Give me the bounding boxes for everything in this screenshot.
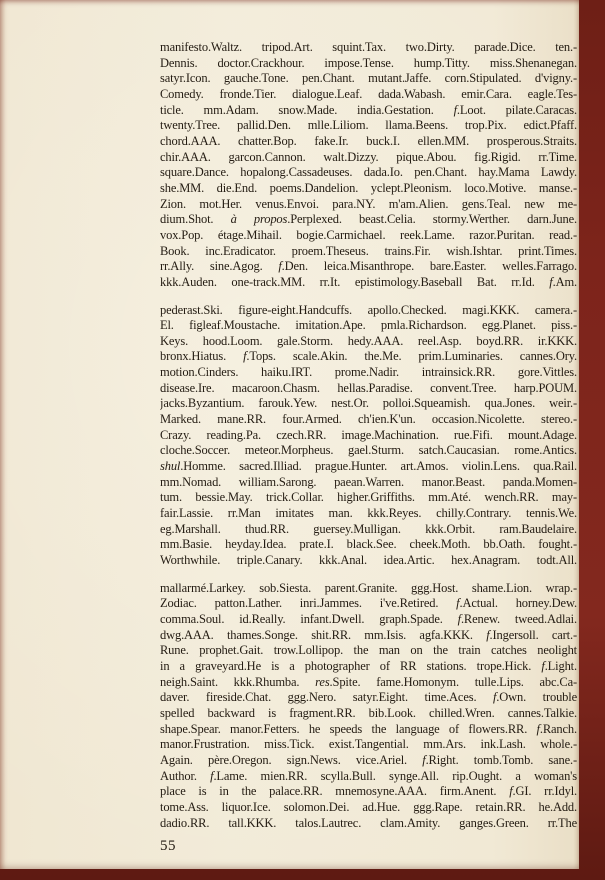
text-line: Worthwhile. triple.Canary. kkk.Anal. ide… bbox=[160, 553, 577, 569]
text-line: jacks.Byzantium. farouk.Yew. nest.Or. po… bbox=[160, 396, 577, 412]
text-line: dadio.RR. tall.KKK. talos.Lautrec. clam.… bbox=[160, 816, 577, 832]
text-line: dium.Shot. à propos.Perplexed. beast.Cel… bbox=[160, 212, 577, 228]
text-line: tum. bessie.May. trick.Collar. higher.Gr… bbox=[160, 490, 577, 506]
page-number: 55 bbox=[160, 838, 176, 855]
text-line: Zion. mot.Her. venus.Envoi. para.NY. m'a… bbox=[160, 197, 577, 213]
text-line: Rune. prophet.Gait. trow.Lollipop. the m… bbox=[160, 643, 577, 659]
text-line: rr.Ally. sine.Agog. f.Den. leica.Misanth… bbox=[160, 259, 577, 275]
text-line: shul.Homme. sacred.Illiad. prague.Hunter… bbox=[160, 459, 577, 475]
text-line: eg.Marshall. thud.RR. guersey.Mulligan. … bbox=[160, 522, 577, 538]
text-line: cloche.Soccer. meteor.Morpheus. gael.Stu… bbox=[160, 443, 577, 459]
paragraph: mallarmé.Larkey. sob.Siesta. parent.Gran… bbox=[160, 581, 577, 832]
text-line: bronx.Hiatus. f.Tops. scale.Akin. the.Me… bbox=[160, 349, 577, 365]
text-line: Author. f.Lame. mien.RR. scylla.Bull. sy… bbox=[160, 769, 577, 785]
text-line: disease.Ire. macaroon.Chasm. hellas.Para… bbox=[160, 381, 577, 397]
text-line: tome.Ass. liquor.Ice. solomon.Dei. ad.Hu… bbox=[160, 800, 577, 816]
text-line: manifesto.Waltz. tripod.Art. squint.Tax.… bbox=[160, 40, 577, 56]
paragraph: manifesto.Waltz. tripod.Art. squint.Tax.… bbox=[160, 40, 577, 291]
text-line: in a graveyard.He is a photographer of R… bbox=[160, 659, 577, 675]
text-line: she.MM. die.End. poems.Dandelion. yclept… bbox=[160, 181, 577, 197]
text-line: place is in the palace.RR. mnemosyne.AAA… bbox=[160, 784, 577, 800]
text-line: chir.AAA. garcon.Cannon. walt.Dizzy. piq… bbox=[160, 150, 577, 166]
text-line: motion.Cinders. haiku.IRT. prome.Nadir. … bbox=[160, 365, 577, 381]
text-line: fair.Lassie. rr.Man imitates man. kkk.Re… bbox=[160, 506, 577, 522]
text-line: comma.Soul. id.Really. infant.Dwell. gra… bbox=[160, 612, 577, 628]
text-line: Marked. mane.RR. four.Armed. ch'ien.K'un… bbox=[160, 412, 577, 428]
text-line: kkk.Auden. one-track.MM. rr.It. epistimo… bbox=[160, 275, 577, 291]
text-line: Comedy. fronde.Tier. dialogue.Leaf. dada… bbox=[160, 87, 577, 103]
text-line: mm.Nomad. william.Sarong. paean.Warren. … bbox=[160, 475, 577, 491]
text-line: pederast.Ski. figure-eight.Handcuffs. ap… bbox=[160, 303, 577, 319]
text-line: mallarmé.Larkey. sob.Siesta. parent.Gran… bbox=[160, 581, 577, 597]
text-line: daver. fireside.Chat. ggg.Nero. satyr.Ei… bbox=[160, 690, 577, 706]
text-line: square.Dance. hopalong.Cassadeuses. dada… bbox=[160, 165, 577, 181]
page-text: manifesto.Waltz. tripod.Art. squint.Tax.… bbox=[160, 40, 577, 843]
text-line: spelled backward is fragment.RR. bib.Loo… bbox=[160, 706, 577, 722]
text-line: Zodiac. patton.Lather. inri.Jammes. i've… bbox=[160, 596, 577, 612]
text-line: Crazy. reading.Pa. czech.RR. image.Machi… bbox=[160, 428, 577, 444]
text-line: shape.Spear. manor.Fetters. he speeds th… bbox=[160, 722, 577, 738]
text-line: twenty.Tree. pallid.Den. mlle.Liliom. ll… bbox=[160, 118, 577, 134]
text-line: Again. père.Oregon. sign.News. vice.Arie… bbox=[160, 753, 577, 769]
text-line: Book. inc.Eradicator. proem.Theseus. tra… bbox=[160, 244, 577, 260]
text-line: neigh.Saint. kkk.Rhumba. res.Spite. fame… bbox=[160, 675, 577, 691]
book-page: manifesto.Waltz. tripod.Art. squint.Tax.… bbox=[0, 0, 579, 869]
text-line: satyr.Icon. gauche.Tone. pen.Chant. muta… bbox=[160, 71, 577, 87]
paragraph: pederast.Ski. figure-eight.Handcuffs. ap… bbox=[160, 303, 577, 569]
text-line: Keys. hood.Loom. gale.Storm. hedy.AAA. r… bbox=[160, 334, 577, 350]
text-line: El. figleaf.Moustache. imitation.Ape. pm… bbox=[160, 318, 577, 334]
text-line: dwg.AAA. thames.Songe. shit.RR. mm.Isis.… bbox=[160, 628, 577, 644]
text-line: chord.AAA. chatter.Bop. fake.Ir. buck.I.… bbox=[160, 134, 577, 150]
text-line: Dennis. doctor.Crackhour. impose.Tense. … bbox=[160, 56, 577, 72]
text-line: vox.Pop. étage.Mihail. bogie.Carmichael.… bbox=[160, 228, 577, 244]
text-line: manor.Frustration. miss.Tick. exist.Tang… bbox=[160, 737, 577, 753]
text-line: ticle. mm.Adam. snow.Made. india.Gestati… bbox=[160, 103, 577, 119]
text-line: mm.Basie. heyday.Idea. prate.I. black.Se… bbox=[160, 537, 577, 553]
